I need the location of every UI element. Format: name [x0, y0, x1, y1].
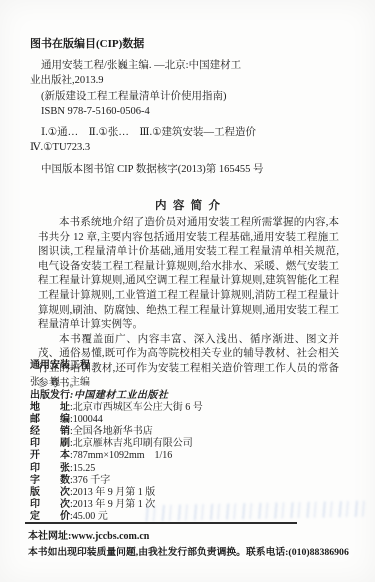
cip-entry-line1: 通用安装工程/张巍主编. —北京:中国建材工	[30, 58, 349, 73]
colophon-value: :北京雁林吉兆印刷有限公司	[70, 438, 193, 449]
colophon-row-printing: 印 次:2013 年 9 月第 1 次	[30, 499, 349, 511]
colophon-value: :100044	[70, 414, 103, 425]
colophon-row-distribution: 经 销:全国各地新华书店	[30, 426, 349, 438]
colophon: 出版发行:中国建材工业出版社 地 址:北京市西城区车公庄大街 6 号 邮 编:1…	[30, 390, 349, 523]
quality-notice: 本书如出现印装质量问题,由我社发行部负责调换。联系电话:(010)8838690…	[28, 544, 349, 558]
cip-entry-line2: 业出版社,2013.9	[30, 73, 349, 88]
summary-title: 内容简介	[0, 197, 375, 213]
divider-rule	[25, 522, 297, 524]
colophon-label: 邮 编	[30, 414, 70, 425]
cip-block: 图书在版编目(CIP)数据 通用安装工程/张巍主编. —北京:中国建材工 业出版…	[30, 36, 349, 177]
colophon-row-postcode: 邮 编:100044	[30, 414, 349, 426]
colophon-label: 字 数	[30, 475, 70, 486]
colophon-label: 印 张	[30, 463, 70, 474]
publisher-website: 本社网址:www.jccbs.com.cn	[28, 527, 149, 542]
colophon-row-sheets: 印 张:15.25	[30, 463, 349, 475]
colophon-row-printer: 印 刷:北京雁林吉兆印刷有限公司	[30, 438, 349, 450]
colophon-value: :2013 年 9 月第 1 次	[70, 499, 155, 510]
colophon-value: :376 千字	[70, 475, 110, 486]
colophon-row-address: 地 址:北京市西城区车公庄大街 6 号	[30, 402, 349, 414]
colophon-value: :全国各地新华书店	[70, 426, 153, 437]
colophon-value: :2013 年 9 月第 1 版	[70, 487, 155, 498]
colophon-value: :15.25	[70, 463, 95, 474]
colophon-label: 地 址	[30, 402, 70, 413]
cip-series-note: (新版建设工程工程量清单计价使用指南)	[30, 89, 349, 104]
colophon-label: 经 销	[30, 426, 70, 437]
cip-record-number: 中国版本图书馆 CIP 数据核字(2013)第 165455 号	[30, 162, 349, 177]
colophon-row-format: 开 本:787mm×1092mm 1/16	[30, 450, 349, 462]
copyright-page: 图书在版编目(CIP)数据 通用安装工程/张巍主编. —北京:中国建材工 业出版…	[0, 0, 375, 582]
colophon-label: 印 刷	[30, 438, 70, 449]
colophon-label: 开 本	[30, 450, 70, 461]
book-title: 通用安装工程	[30, 359, 90, 372]
publisher-name: :中国建材工业出版社	[70, 390, 168, 401]
colophon-row-edition: 版 次:2013 年 9 月第 1 版	[30, 487, 349, 499]
summary-paragraph-1: 本书系统地介绍了造价员对通用安装工程所需掌握的内容,本书共分 12 章,主要内容…	[38, 216, 339, 333]
colophon-label: 版 次	[30, 487, 70, 498]
cip-classification-line2: Ⅳ.①TU723.3	[30, 140, 349, 155]
colophon-row-wordcount: 字 数:376 千字	[30, 475, 349, 487]
cip-header: 图书在版编目(CIP)数据	[30, 36, 349, 52]
colophon-value: :北京市西城区车公庄大街 6 号	[70, 402, 203, 413]
cip-classification-line1: Ⅰ.①通… Ⅱ.①张… Ⅲ.①建筑安装—工程造价	[30, 125, 349, 140]
colophon-label: 印 次	[30, 499, 70, 510]
colophon-label: 出版发行	[30, 390, 70, 401]
colophon-label: 定 价	[30, 511, 70, 522]
book-title-block: 通用安装工程 张 巍 主编	[30, 359, 90, 389]
colophon-value: :45.00 元	[70, 511, 108, 522]
book-author: 张 巍 主编	[30, 376, 90, 389]
colophon-value: :787mm×1092mm 1/16	[70, 450, 172, 461]
cip-isbn: ISBN 978-7-5160-0506-4	[30, 104, 349, 119]
colophon-row-publisher: 出版发行:中国建材工业出版社	[30, 390, 349, 402]
